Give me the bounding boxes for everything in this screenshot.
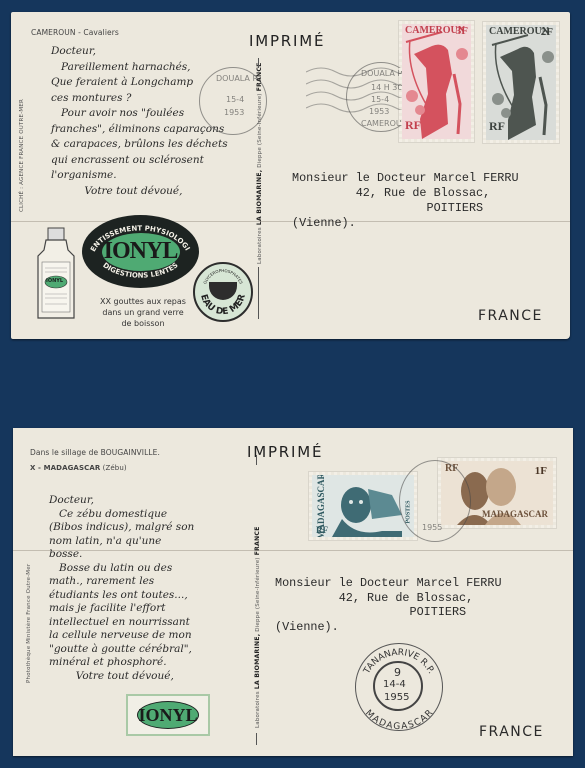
recipient-address: Monsieur le Docteur Marcel FERRU 42, Rue… (292, 171, 519, 231)
postcard-cameroun: CAMEROUN - Cavaliers IMPRIMÉ CLICHÉ : AG… (11, 12, 570, 339)
card-caption: CAMEROUN - Cavaliers (31, 28, 119, 37)
seal-text: EAU DE MER GLYCEROPHOSPHATES (193, 262, 253, 322)
svg-text:RALENTISSEMENT PHYSIOLOGIQUE: RALENTISSEMENT PHYSIOLOGIQUE (82, 215, 191, 253)
svg-text:DIGESTIONS LENTES: DIGESTIONS LENTES (101, 261, 179, 279)
printer-credit: Laboratoires LA BIOMARINE, Dieppe (Seine… (254, 526, 261, 728)
divider-line-top (258, 58, 259, 68)
bottle-label: IONYL (46, 278, 63, 284)
handwritten-message: Docteur, Ce zébu domestique (Bibos indic… (49, 494, 194, 683)
photo-credit: Photothèque Ministère France Outre-Mer (26, 564, 32, 683)
svg-text:EAU DE MER: EAU DE MER (198, 293, 248, 317)
imprime-header: IMPRIMÉ (247, 443, 323, 461)
postmark-over-stamps: 1955 (399, 460, 471, 542)
svg-text:GLYCEROPHOSPHATES: GLYCEROPHOSPHATES (202, 268, 244, 285)
divider-line (258, 267, 259, 319)
divider-line (256, 733, 257, 745)
svg-text:MADAGASCAR: MADAGASCAR (363, 708, 435, 731)
stamp-cameroun-2f: CAMEROUN 2F RF (483, 22, 559, 143)
recipient-address: Monsieur le Docteur Marcel FERRU 42, Rue… (275, 576, 502, 634)
imprime-header: IMPRIMÉ (249, 32, 325, 50)
destination-country: FRANCE (479, 724, 544, 740)
bottle-illustration (34, 226, 78, 322)
postcard-madagascar: Dans le sillage de BOUGAINVILLE. X - MAD… (13, 428, 573, 756)
card-caption: Dans le sillage de BOUGAINVILLE. (30, 448, 160, 457)
stamp-cameroun-3f: CAMEROUN 3F RF (399, 21, 474, 142)
destination-country: FRANCE (478, 308, 543, 324)
photo-credit: CLICHÉ : AGENCE FRANCE OUTRE-MER (19, 99, 25, 212)
postmark-ring-text: TANANARIVE R.P. MADAGASCAR (355, 643, 443, 731)
divider-line-top (256, 455, 257, 465)
svg-text:TANANARIVE R.P.: TANANARIVE R.P. (362, 648, 436, 677)
postmark-douala-1: DOUALA R. 15-4 1953 (199, 67, 267, 135)
card-subcaption: X - MADAGASCAR (Zébu) (30, 464, 127, 472)
dosage-instructions: XX gouttes aux repas dans un grand verre… (83, 296, 203, 329)
ionyl-arc-text: RALENTISSEMENT PHYSIOLOGIQUE DIGESTIONS … (82, 215, 199, 288)
ionyl-brand: IONYL (137, 701, 199, 729)
handwritten-message: Docteur, Pareillement harnachés, Que fer… (51, 44, 228, 199)
ionyl-logo-box: IONYL (126, 694, 210, 736)
